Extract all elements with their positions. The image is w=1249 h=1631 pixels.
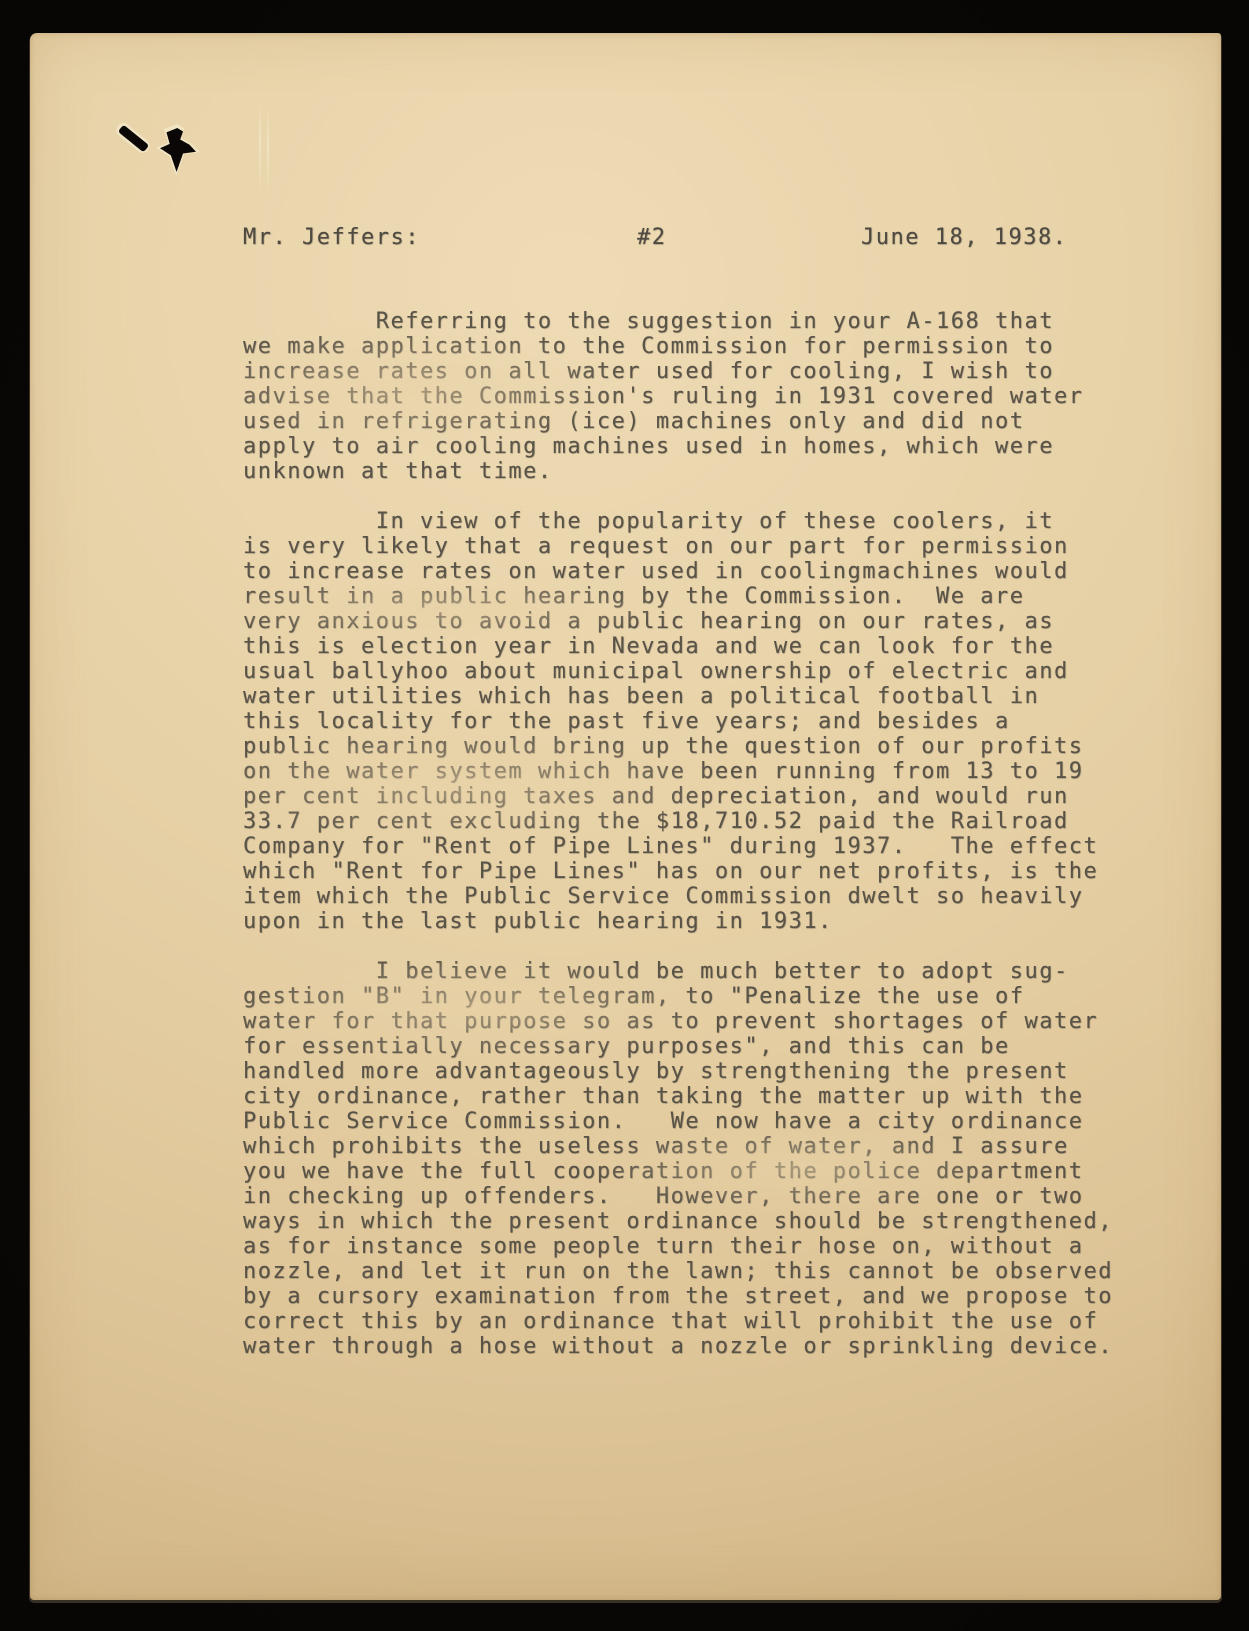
letter-date: June 18, 1938. (861, 225, 1067, 250)
paper-scratch-mark (267, 105, 269, 193)
letter-header: Mr. Jeffers: #2 June 18, 1938. (243, 225, 1123, 251)
tear-mark-large (160, 128, 196, 172)
recipient-line: Mr. Jeffers: (243, 225, 420, 250)
letter-paragraph: I believe it would be much better to ado… (243, 959, 1153, 1359)
page-number: #2 (637, 225, 667, 250)
paper-scratch-mark (259, 97, 261, 197)
letter-paragraph: In view of the popularity of these coole… (243, 509, 1153, 934)
document-page: Mr. Jeffers: #2 June 18, 1938. Referring… (30, 33, 1221, 1600)
letter-paragraph: Referring to the suggestion in your A-16… (243, 309, 1153, 484)
letter-body: Referring to the suggestion in your A-16… (243, 309, 1153, 1384)
